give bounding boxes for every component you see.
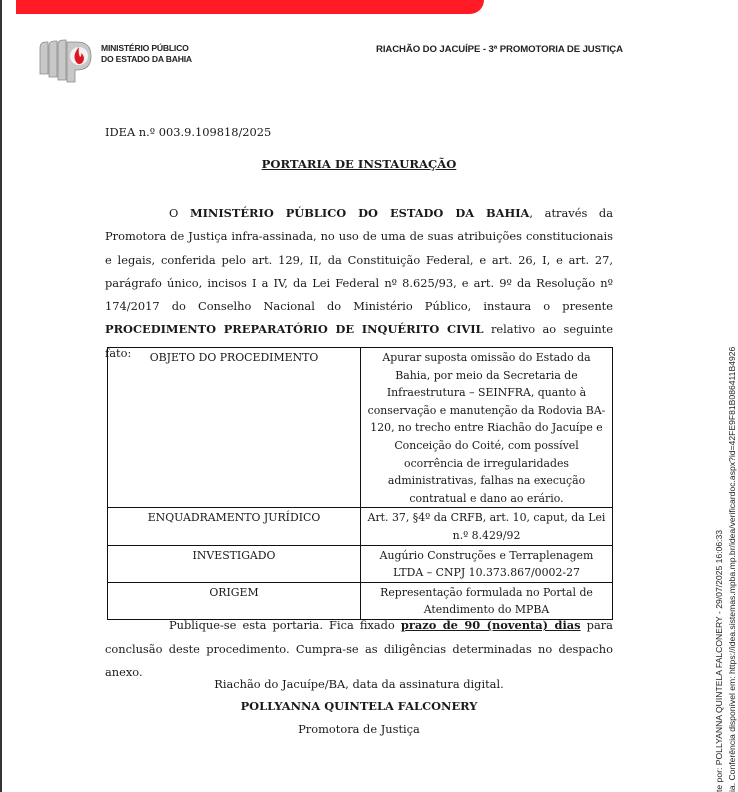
letterhead: MINISTÉRIO PÚBLICO DO ESTADO DA BAHIA RI… — [38, 38, 678, 86]
facts-table: OBJETO DO PROCEDIMENTO Apurar suposta om… — [107, 347, 613, 620]
row-value: Augúrio Construções e Terraplenagem LTDA… — [361, 545, 613, 582]
table-row: INVESTIGADO Augúrio Construções e Terrap… — [108, 545, 613, 582]
document-title: PORTARIA DE INSTAURAÇÃO — [105, 157, 613, 171]
org-name-line2: DO ESTADO DA BAHIA — [101, 54, 192, 65]
table-row: ENQUADRAMENTO JURÍDICO Art. 37, §4º da C… — [108, 508, 613, 545]
intro-text-2: , através da Promotora de Justiça infra-… — [105, 206, 613, 313]
org-name-line1: MINISTÉRIO PÚBLICO — [101, 43, 192, 54]
intro-text-1: O — [169, 206, 190, 220]
row-value: Art. 37, §4º da CRFB, art. 10, caput, da… — [361, 508, 613, 545]
table-row: OBJETO DO PROCEDIMENTO Apurar suposta om… — [108, 348, 613, 508]
row-value: Apurar suposta omissão do Estado da Bahi… — [361, 348, 613, 508]
row-label: INVESTIGADO — [108, 545, 361, 582]
mp-flame-logo-icon — [38, 38, 96, 84]
promotoria-unit: RIACHÃO DO JACUÍPE - 3ª PROMOTORIA DE JU… — [376, 44, 623, 55]
header-red-band — [16, 0, 484, 14]
idea-number: IDEA n.º 003.9.109818/2025 — [105, 125, 271, 139]
page-left-edge — [0, 0, 2, 792]
intro-paragraph: O MINISTÉRIO PÚBLICO DO ESTADO DA BAHIA,… — [105, 202, 613, 365]
digital-signature-stamp: te por: POLLYANNA QUINTELA FALCONERY - 2… — [713, 232, 738, 792]
stamp-signer-line: te por: POLLYANNA QUINTELA FALCONERY - 2… — [713, 232, 726, 792]
closing-paragraph: Publique-se esta portaria. Fica fixado p… — [105, 614, 613, 685]
signer-role: Promotora de Justiça — [105, 722, 613, 736]
intro-procedure-bold: PROCEDIMENTO PREPARATÓRIO DE INQUÉRITO C… — [105, 322, 484, 336]
row-label: ENQUADRAMENTO JURÍDICO — [108, 508, 361, 545]
intro-org-bold: MINISTÉRIO PÚBLICO DO ESTADO DA BAHIA — [190, 206, 529, 220]
closing-text-1: Publique-se esta portaria. Fica fixado — [169, 618, 401, 632]
row-label: OBJETO DO PROCEDIMENTO — [108, 348, 361, 508]
deadline-text: prazo de 90 (noventa) dias — [401, 618, 581, 632]
place-date: Riachão do Jacuípe/BA, data da assinatur… — [105, 677, 613, 691]
stamp-verification-line: ia. Conferência disponível em: https://i… — [726, 232, 738, 792]
signer-name: POLLYANNA QUINTELA FALCONERY — [105, 699, 613, 713]
org-name: MINISTÉRIO PÚBLICO DO ESTADO DA BAHIA — [101, 43, 192, 65]
